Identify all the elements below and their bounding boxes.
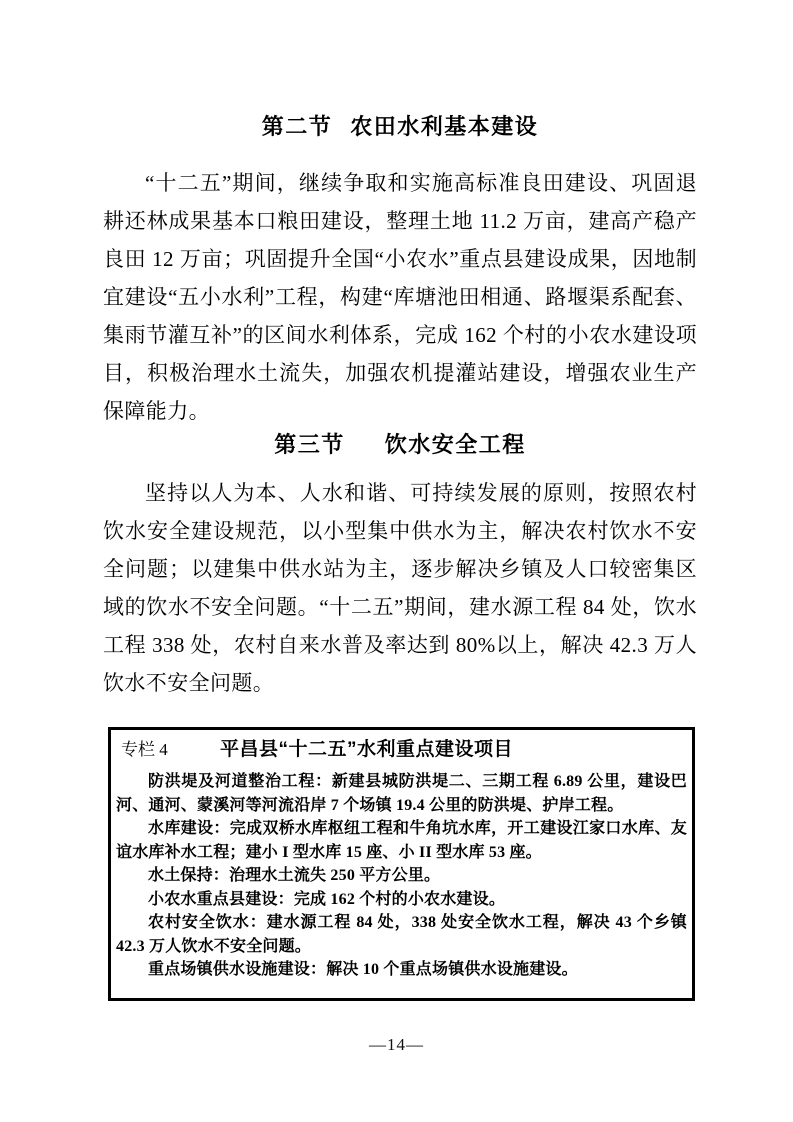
item-label: 小农水重点县建设： (148, 891, 294, 908)
section-heading-2: 第二节农田水利基本建设 (103, 0, 697, 142)
item-text: 治理水土流失 250 平方公里。 (229, 867, 440, 884)
section-2-paragraph: “十二五”期间，继续争取和实施高标准良田建设、巩固退耕还林成果基本口粮田建设，整… (103, 164, 697, 430)
callout-box-zhuanlan-4: 专栏 4 平昌县“十二五”水利重点建设项目 防洪堤及河道整治工程：新建县城防洪堤… (108, 727, 695, 1001)
document-page: 第二节农田水利基本建设 “十二五”期间，继续争取和实施高标准良田建设、巩固退耕还… (0, 0, 793, 1122)
callout-box-label: 专栏 4 (121, 739, 168, 761)
box-item-rural-drinking-water: 农村安全饮水：建水源工程 84 处，338 处安全饮水工程，解决 43 个乡镇 … (116, 911, 687, 958)
item-label: 水土保持： (148, 867, 229, 884)
section-title: 农田水利基本建设 (350, 114, 538, 139)
box-item-flood-control: 防洪堤及河道整治工程：新建县城防洪堤二、三期工程 6.89 公里，建设巴河、通河… (116, 770, 687, 817)
item-label: 水库建设： (148, 820, 230, 837)
item-label: 农村安全饮水： (148, 914, 267, 931)
item-label: 重点场镇供水设施建设： (148, 961, 326, 978)
box-item-soil-conservation: 水土保持：治理水土流失 250 平方公里。 (116, 864, 687, 888)
callout-box-title: 平昌县“十二五”水利重点建设项目 (116, 736, 687, 763)
item-label: 防洪堤及河道整治工程： (148, 773, 332, 790)
callout-box-header: 专栏 4 平昌县“十二五”水利重点建设项目 (116, 736, 687, 763)
box-item-reservoir: 水库建设：完成双桥水库枢纽工程和牛角坑水库，开工建设江家口水库、友谊水库补水工程… (116, 817, 687, 864)
box-item-town-water-supply: 重点场镇供水设施建设：解决 10 个重点场镇供水设施建设。 (116, 958, 687, 982)
callout-box-items: 防洪堤及河道整治工程：新建县城防洪堤二、三期工程 6.89 公里，建设巴河、通河… (116, 770, 687, 982)
page-number: —14— (0, 1036, 793, 1054)
section-title: 饮水安全工程 (385, 432, 526, 457)
box-item-small-irrigation: 小农水重点县建设：完成 162 个村的小农水建设。 (116, 888, 687, 912)
item-text: 完成 162 个村的小农水建设。 (294, 891, 505, 908)
section-number: 第二节 (262, 114, 333, 139)
item-text: 解决 10 个重点场镇供水设施建设。 (326, 961, 578, 978)
section-heading-3: 第三节饮水安全工程 (103, 430, 697, 460)
section-3-paragraph: 坚持以人为本、人水和谐、可持续发展的原则，按照农村饮水安全建设规范，以小型集中供… (103, 474, 697, 702)
section-number: 第三节 (274, 432, 345, 457)
